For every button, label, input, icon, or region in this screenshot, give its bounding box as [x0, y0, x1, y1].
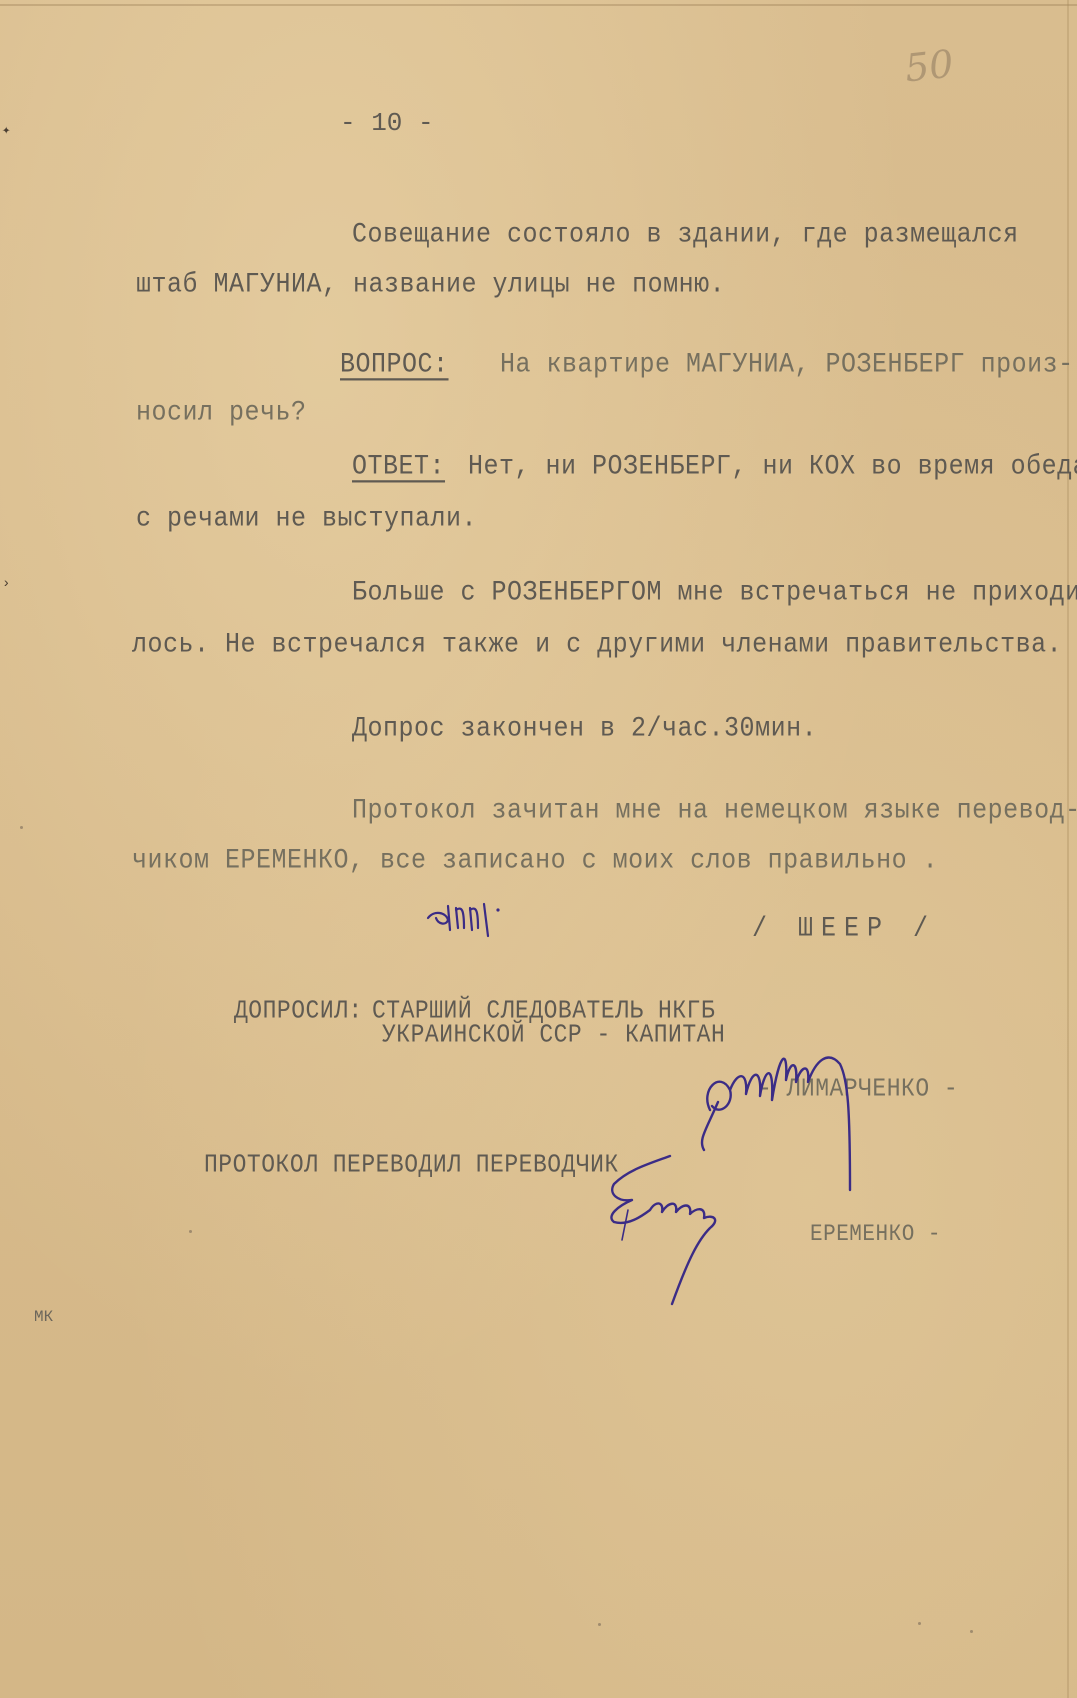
- interrogator-title: УКРАИНСКОЙ ССР - КАПИТАН: [382, 1020, 725, 1049]
- body-line: Совещание состояло в здании, где размеща…: [352, 218, 1019, 250]
- question-line: На квартире МАГУНИА, РОЗЕНБЕРГ произ-: [500, 348, 1074, 380]
- paper-speck: [20, 826, 23, 829]
- page-number: - 10 -: [340, 108, 434, 138]
- answer-line: с речами не выступали.: [136, 502, 477, 534]
- witness-name: / ШЕЕР /: [752, 912, 936, 944]
- body-line: Больше с РОЗЕНБЕРГОМ мне встречаться не …: [352, 576, 1077, 608]
- archive-folio-number: 50: [903, 42, 956, 91]
- page-right-edge: [1067, 0, 1069, 1698]
- binding-hole-mark: ✦: [2, 122, 10, 139]
- answer-label: ОТВЕТ:: [352, 450, 445, 482]
- body-line: Протокол зачитан мне на немецком языке п…: [352, 794, 1077, 826]
- interrogator-label: ДОПРОСИЛ:: [234, 996, 363, 1025]
- paper-speck: [918, 1622, 921, 1625]
- document-page: ✦ › 50 - 10 - Совещание состояло в здани…: [0, 0, 1077, 1698]
- body-line: штаб МАГУНИА, название улицы не помню.: [136, 268, 725, 300]
- witness-handwritten-signature: [424, 896, 534, 946]
- body-line: чиком ЕРЕМЕНКО, все записано с моих слов…: [132, 844, 938, 876]
- binding-hole-mark: ›: [2, 576, 10, 592]
- paper-speck: [598, 1623, 601, 1626]
- page-top-edge: [0, 4, 1077, 6]
- paper-speck: [189, 1230, 192, 1233]
- translator-label: ПРОТОКОЛ ПЕРЕВОДИЛ ПЕРЕВОДЧИК: [204, 1150, 619, 1179]
- answer-line: Нет, ни РОЗЕНБЕРГ, ни КОХ во время обеда: [468, 450, 1077, 482]
- body-line: лось. Не встречался также и с другими чл…: [132, 628, 1062, 660]
- interrogation-end-time: Допрос закончен в 2/час.30мин.: [352, 712, 817, 744]
- question-line: носил речь?: [136, 396, 307, 428]
- typist-initials: МК: [34, 1308, 53, 1326]
- translator-name: ЕРЕМЕНКО -: [810, 1222, 941, 1248]
- translator-handwritten-signature: [588, 1150, 788, 1320]
- question-label: ВОПРОС:: [340, 348, 449, 380]
- paper-speck: [970, 1630, 973, 1633]
